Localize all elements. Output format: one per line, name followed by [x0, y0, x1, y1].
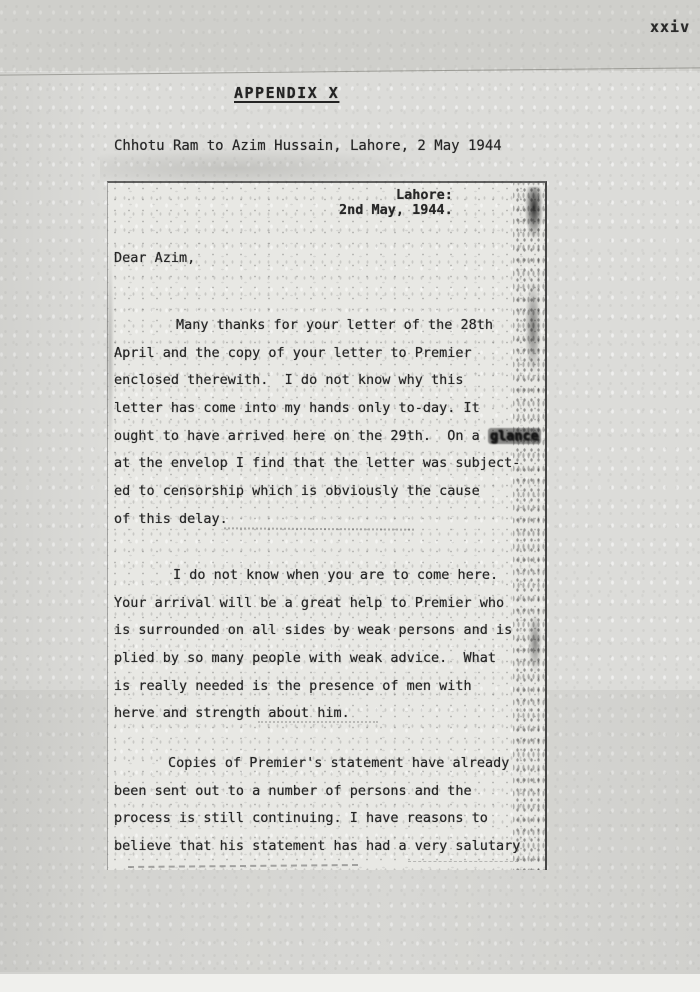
appendix-title: APPENDIX X [234, 84, 339, 102]
letter-line: ed to censorship which is obviously the … [114, 478, 544, 506]
letter-line: herve and strength about him. [114, 700, 544, 728]
scan-artifact-dots [258, 721, 378, 723]
letter-date: 2nd May, 1944. [339, 202, 453, 218]
letter-line-text: ought to have arrived here on the 29th. … [114, 428, 488, 444]
letter-line: Many thanks for your letter of the 28th [114, 312, 544, 340]
scan-artifact-dashes [128, 864, 358, 868]
letter-line: is surrounded on all sides by weak perso… [114, 617, 544, 645]
scan-left-shade [0, 72, 104, 972]
letter-line: is really needed is the presence of men … [114, 673, 544, 701]
letter-salutation: Dear Azim, [114, 250, 195, 266]
scan-bottom-strip [0, 974, 700, 992]
letter-line: Your arrival will be a great help to Pre… [114, 590, 544, 618]
ink-smudge [106, 243, 114, 463]
letter-line: plied by so many people with weak advice… [114, 645, 544, 673]
scanned-page: xxiv APPENDIX X Chhotu Ram to Azim Hussa… [0, 0, 700, 992]
letter-paragraph-3: Copies of Premier's statement have alrea… [114, 750, 544, 861]
page-number-folio: xxiv [650, 18, 690, 36]
letter-line: ought to have arrived here on the 29th. … [114, 423, 544, 451]
letter-line: Copies of Premier's statement have alrea… [114, 750, 544, 778]
smudged-word: glance [488, 428, 541, 444]
letter-paragraph-2: I do not know when you are to come here.… [114, 562, 544, 728]
scan-top-band [0, 0, 700, 71]
letter-line: I do not know when you are to come here. [114, 562, 544, 590]
letter-paragraph-1: Many thanks for your letter of the 28th … [114, 312, 544, 534]
letter-line: at the envelop I find that the letter wa… [114, 450, 544, 478]
letter-place: Lahore: [396, 187, 453, 203]
scan-artifact-dashes [408, 861, 518, 862]
ink-smudge [525, 187, 543, 239]
letter-line: letter has come into my hands only to-da… [114, 395, 544, 423]
letter-scan-sheet: Lahore: 2nd May, 1944. Dear Azim, Many t… [107, 181, 547, 870]
document-heading: Chhotu Ram to Azim Hussain, Lahore, 2 Ma… [114, 138, 502, 154]
letter-line: process is still continuing. I have reas… [114, 805, 544, 833]
letter-line: been sent out to a number of persons and… [114, 778, 544, 806]
letter-line: April and the copy of your letter to Pre… [114, 340, 544, 368]
letter-line: believe that his statement has had a ver… [114, 833, 544, 861]
letter-line: enclosed therewith. I do not know why th… [114, 367, 544, 395]
